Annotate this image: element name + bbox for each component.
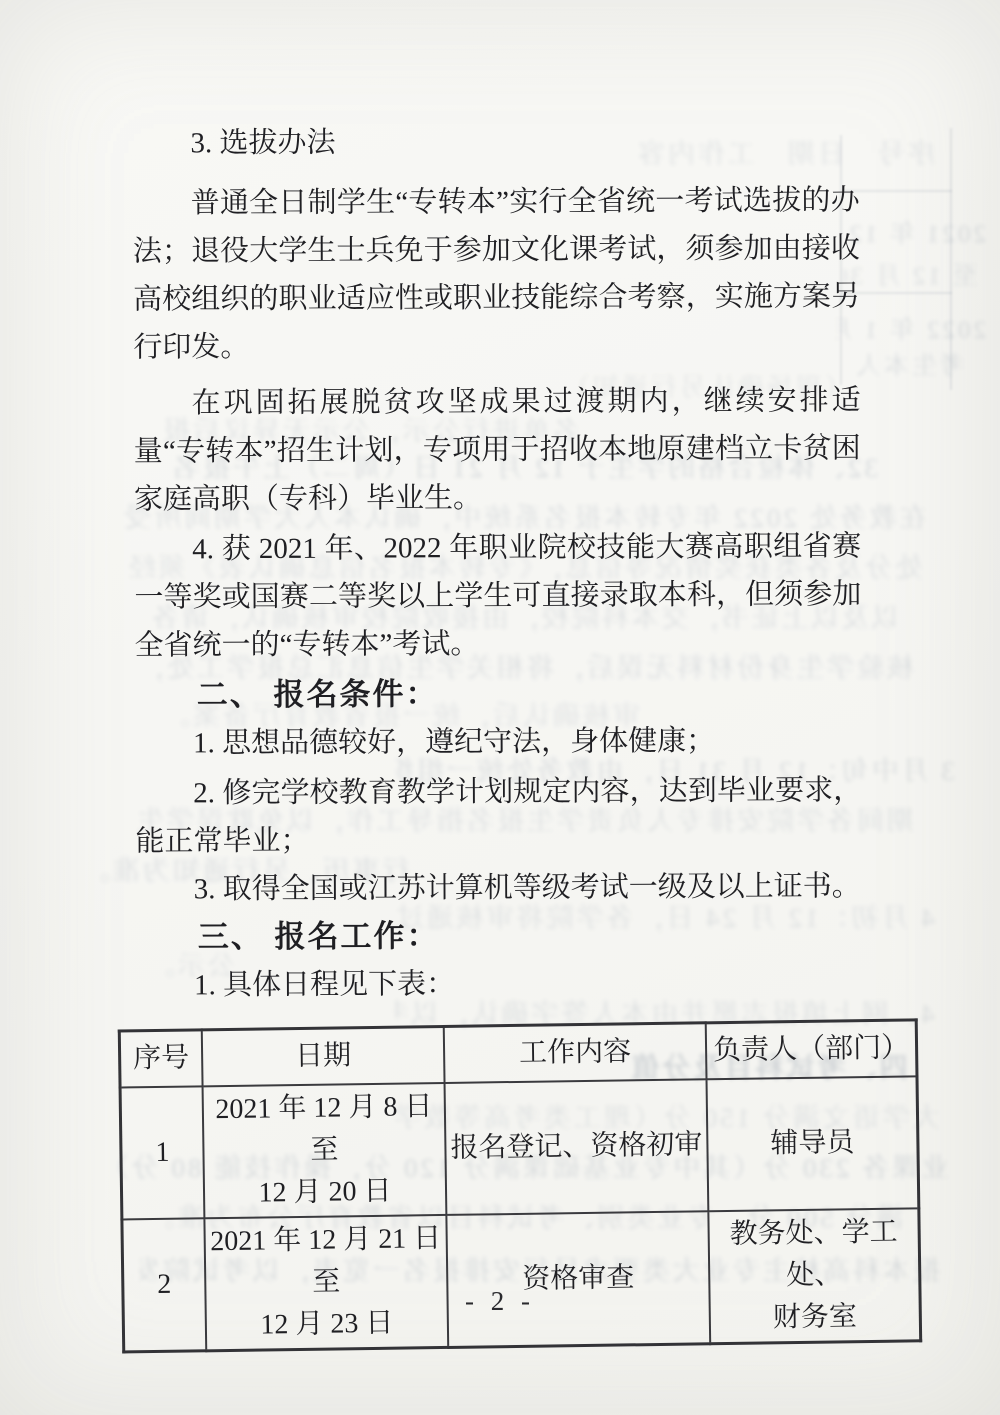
col-header-responsible: 负责人（部门） bbox=[706, 1020, 917, 1079]
para-condition-1: 1. 思想品德较好，遵纪守法，身体健康； bbox=[135, 716, 862, 767]
bleedthrough-line: 至 12 月 30 日 bbox=[844, 262, 978, 292]
col-header-date: 日期 bbox=[202, 1026, 445, 1086]
cell-date: 2021 年 12 月 8 日至 12 月 20 日 bbox=[203, 1083, 447, 1218]
para-schedule-intro: 1. 具体日程见下表： bbox=[136, 958, 863, 1009]
heading-registration-work: 三、 报名工作： bbox=[136, 910, 863, 961]
page-number: - 2 - bbox=[0, 1286, 1000, 1317]
table-row: 2 2021 年 12 月 21 日至 12 月 23 日 资格审查 教务处、学… bbox=[122, 1208, 921, 1352]
cell-index: 1 bbox=[120, 1086, 204, 1219]
cell-responsible: 教务处、学工处、 财务室 bbox=[708, 1208, 920, 1343]
col-header-index: 序号 bbox=[119, 1030, 202, 1088]
cell-task: 资格审查 bbox=[446, 1211, 710, 1347]
document-body: 3. 选拔办法 普通全日制学生“专转本”实行全省统一考试选拔的办法；退役大学生士… bbox=[132, 116, 864, 1349]
para-skills-competition-award: 4. 获 2021 年、2022 年职业院校技能大赛高职组省赛一等奖或国赛二等奖… bbox=[134, 522, 862, 669]
para-condition-3: 3. 取得全国或江苏计算机等级考试一级及以上证书。 bbox=[136, 862, 863, 913]
para-condition-2: 2. 修完学校教育教学计划规定内容，达到毕业要求，能正常毕业； bbox=[135, 766, 862, 865]
para-poverty-alleviation-quota: 在巩固拓展脱贫攻坚成果过渡期内，继续安排适量“专转本”招生计划，专项用于招收本地… bbox=[133, 376, 861, 523]
col-header-task: 工作内容 bbox=[444, 1023, 707, 1083]
heading-selection-method: 3. 选拔办法 bbox=[132, 116, 859, 167]
para-selection-policy: 普通全日制学生“专转本”实行全省统一考试选拔的办法；退役大学生士兵免于参加文化课… bbox=[133, 176, 861, 371]
cell-task: 报名登记、资格初审 bbox=[445, 1079, 709, 1215]
bleedthrough-rule bbox=[950, 128, 952, 390]
bleedthrough-line: 考生本人 bbox=[844, 352, 974, 382]
table-row: 1 2021 年 12 月 8 日至 12 月 20 日 报名登记、资格初审 辅… bbox=[120, 1076, 919, 1219]
heading-registration-conditions: 二、 报名条件： bbox=[135, 668, 862, 719]
cell-date: 2021 年 12 月 21 日至 12 月 23 日 bbox=[204, 1215, 448, 1351]
scanned-page: 序号 日期 工作内容2021 年 12 月 28 日至 12 月 30 日202… bbox=[0, 0, 1000, 1415]
cell-responsible: 辅导员 bbox=[707, 1076, 919, 1211]
